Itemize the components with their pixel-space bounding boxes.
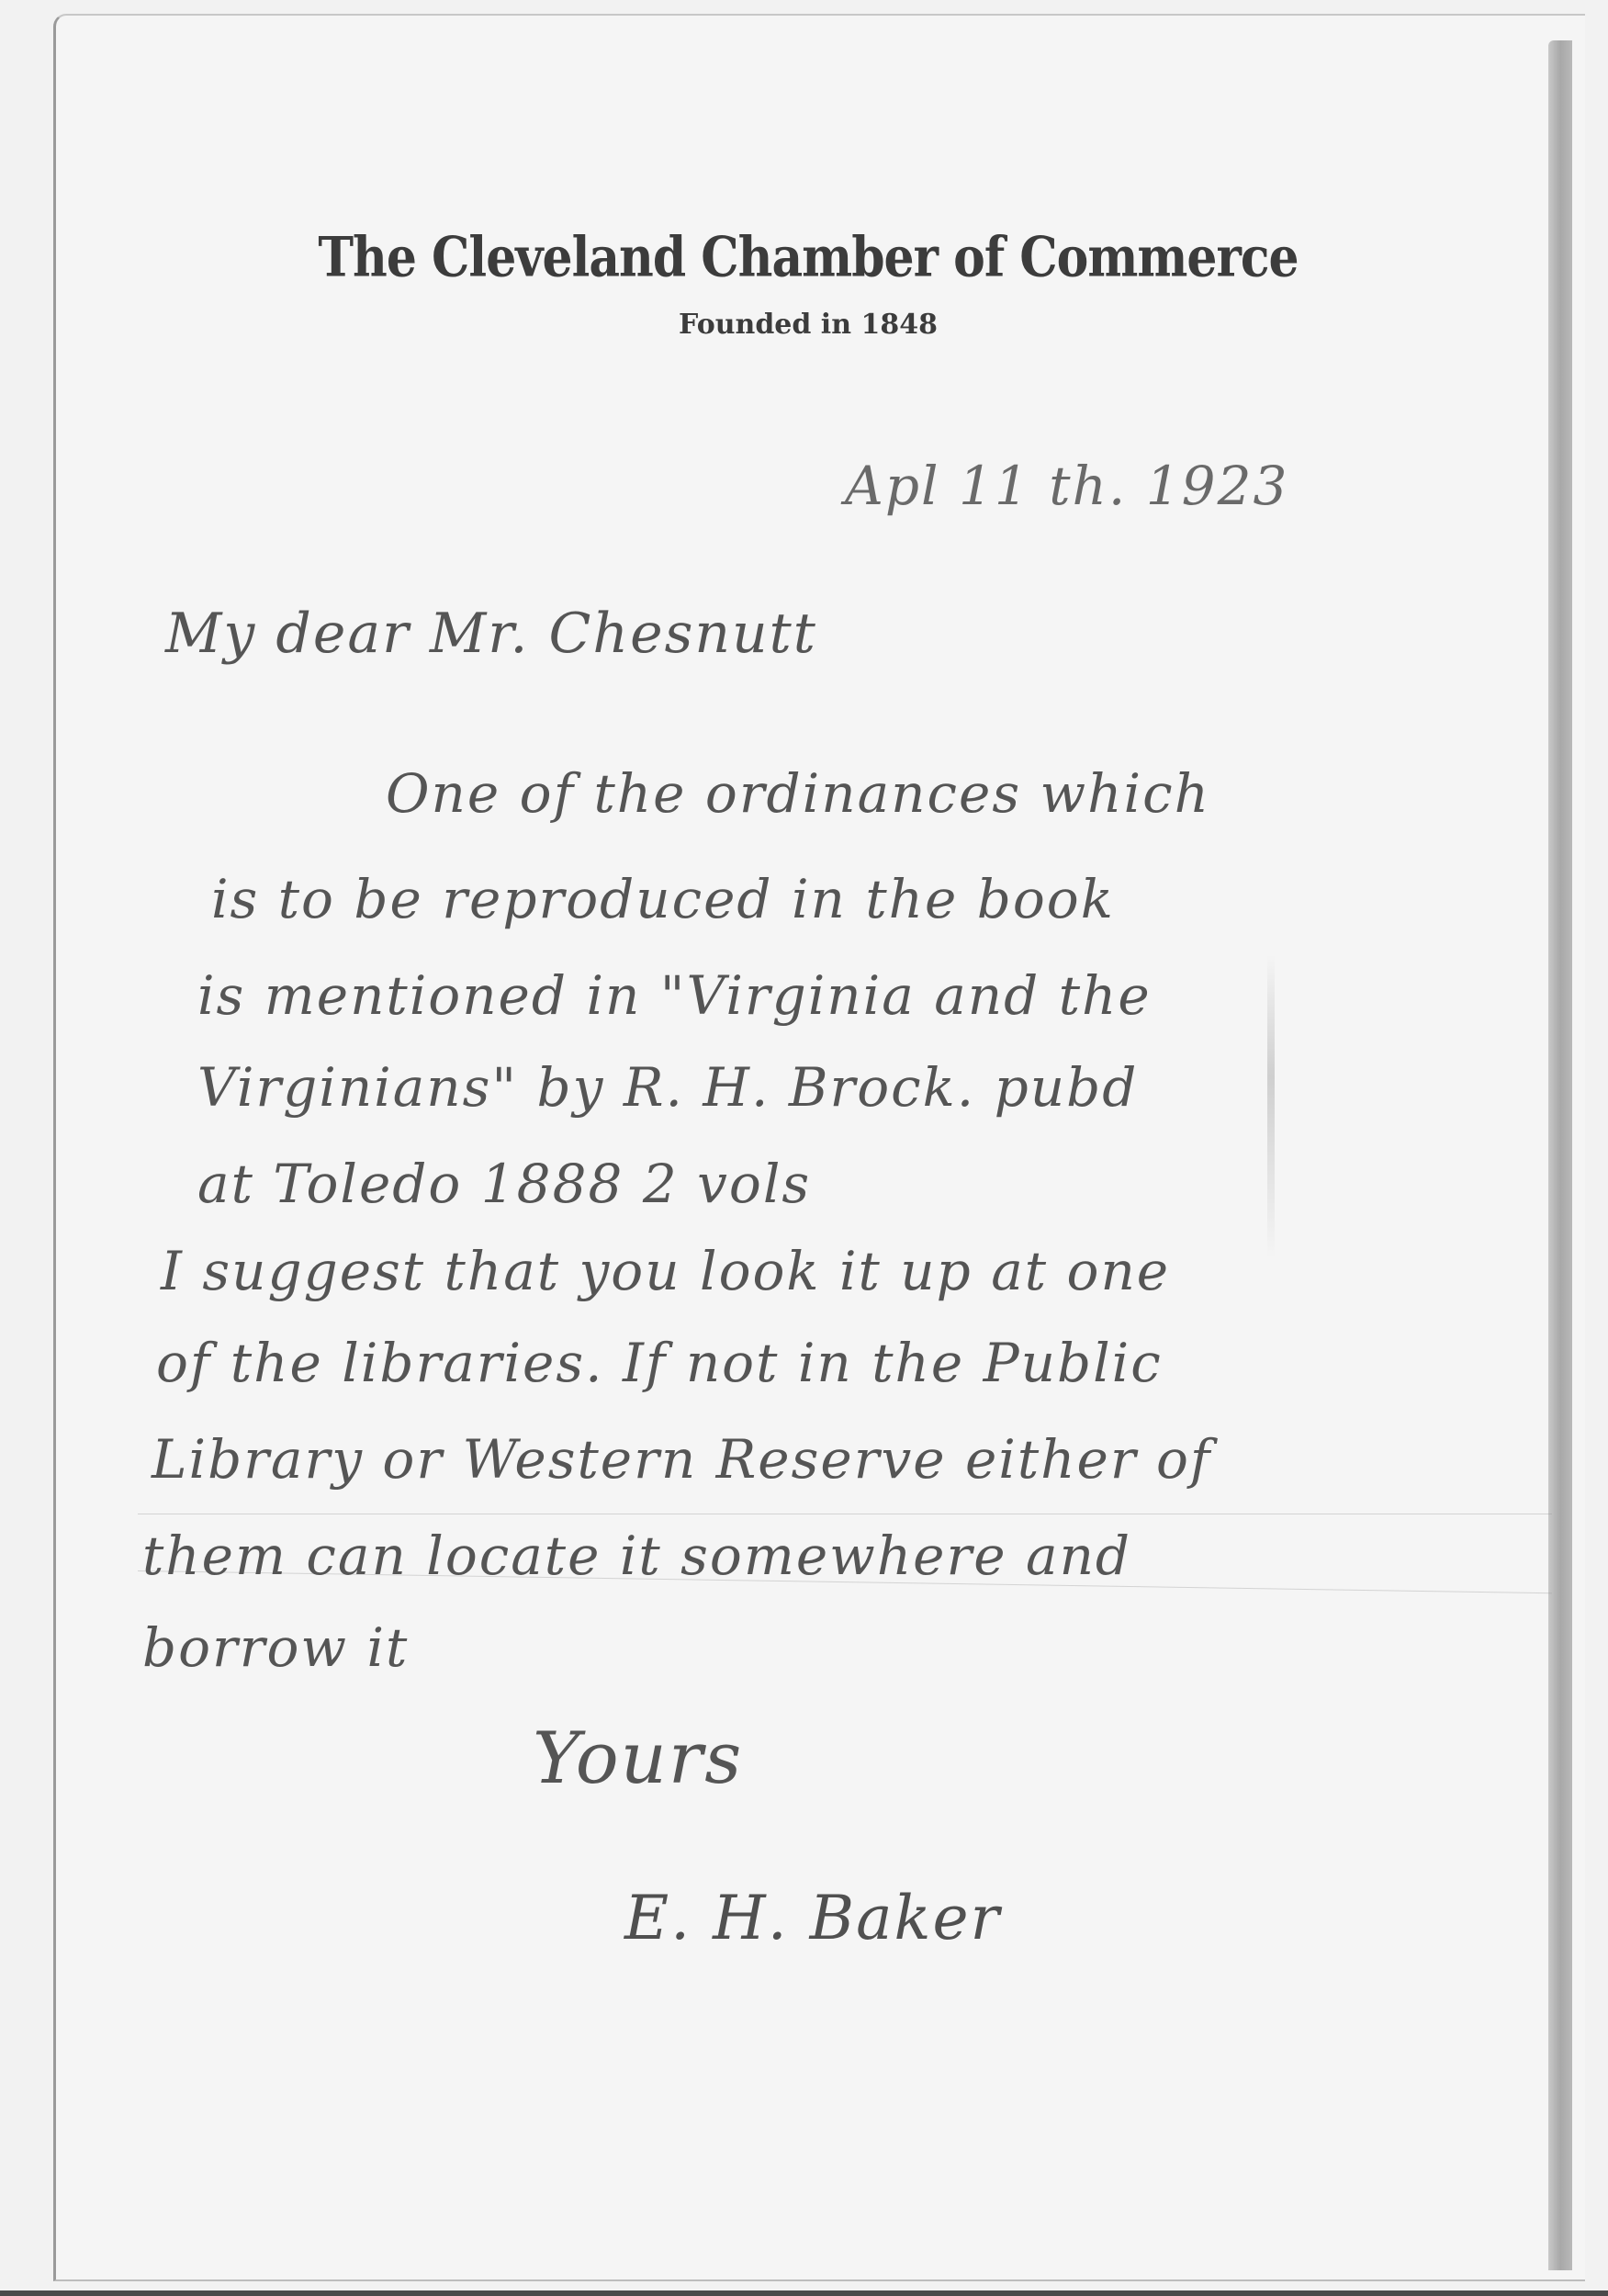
paper-edge-shadow xyxy=(1548,40,1572,2270)
scanned-document: The Cleveland Chamber of Commerce Founde… xyxy=(0,0,1608,2296)
body-line: I suggest that you look it up at one xyxy=(161,1240,1170,1302)
signature: E. H. Baker xyxy=(624,1883,1001,1953)
salutation: My dear Mr. Chesnutt xyxy=(165,602,817,666)
body-line: One of the ordinances which xyxy=(386,762,1210,825)
letterhead-title: The Cleveland Chamber of Commerce xyxy=(303,225,1313,289)
body-line: is mentioned in "Virginia and the xyxy=(197,964,1152,1027)
body-line: Library or Western Reserve either of xyxy=(152,1428,1211,1491)
body-line: is to be reproduced in the book xyxy=(211,868,1115,930)
letterhead-subtitle: Founded in 1848 xyxy=(303,309,1313,341)
body-line: them can locate it somewhere and xyxy=(142,1525,1131,1587)
paper-stain xyxy=(1267,955,1275,1258)
closing: Yours xyxy=(533,1717,743,1800)
letter-date: Apl 11 th. 1923 xyxy=(845,455,1288,517)
fold-line xyxy=(138,1514,1552,1514)
body-line: borrow it xyxy=(142,1616,409,1679)
scan-border xyxy=(0,2290,1608,2296)
body-line: of the libraries. If not in the Public xyxy=(156,1332,1163,1394)
body-line: Virginians" by R. H. Brock. pubd xyxy=(197,1056,1138,1119)
body-line: at Toledo 1888 2 vols xyxy=(197,1153,811,1215)
